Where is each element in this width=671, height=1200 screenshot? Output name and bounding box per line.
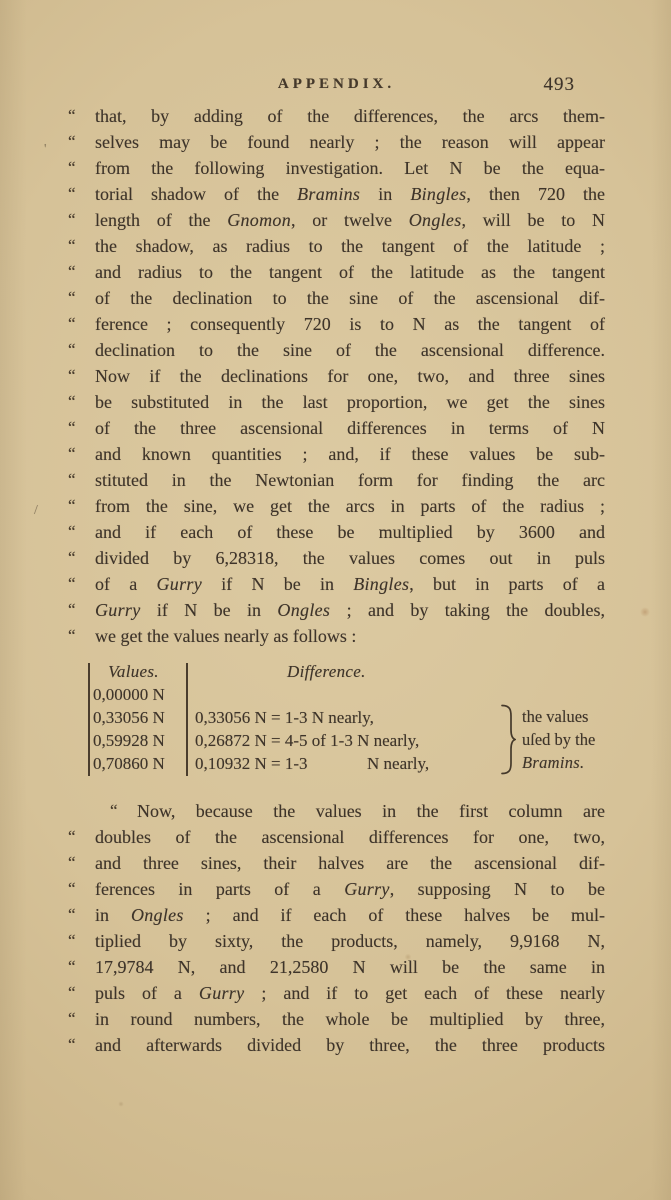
curly-brace-glyph [500,704,516,775]
line-text: doubles of the ascensional differences f… [95,824,605,850]
difference-cell: 0,33056 N = 1-3 N nearly, [195,706,497,729]
value-cell: 0,00000 N [93,683,182,706]
text-line: “that, by adding of the differences, the… [68,103,605,129]
text-line: “and three sines, their halves are the a… [68,850,605,876]
line-text: we get the values nearly as follows : [95,623,605,649]
brace-label: the values uſed by the Bramins. [522,705,617,774]
line-text: and known quantities ; and, if these val… [95,441,605,467]
paragraph-1: “that, by adding of the differences, the… [68,103,605,649]
line-text: in Ongles ; and if each of these halves … [95,902,605,928]
line-text: declination to the sine of the ascension… [95,337,605,363]
text-line: “ference ; consequently 720 is to N as t… [68,311,605,337]
text-line: “and known quantities ; and, if these va… [68,441,605,467]
quote-mark: “ [68,1006,95,1032]
quote-mark: “ [68,363,95,389]
value-cell: 0,70860 N [93,752,182,775]
quote-mark: “ [68,1032,95,1058]
quote-mark: “ [68,623,95,649]
difference-cell: 0,10932 N = 1-3 N nearly, [195,752,497,775]
quote-mark: “ [68,207,95,233]
line-text: Gurry if N be in Ongles ; and by taking … [95,597,605,623]
line-text: of a Gurry if N be in Bingles, but in pa… [95,571,605,597]
text-line: “of the three ascensional differences in… [68,415,605,441]
values-difference-table: Values. 0,00000 N 0,33056 N 0,59928 N 0,… [88,660,618,776]
line-text: of the declination to the sine of the as… [95,285,605,311]
line-text: stituted in the Newtonian form for findi… [95,467,605,493]
text-line: “stituted in the Newtonian form for find… [68,467,605,493]
text-line: “and afterwards divided by three, the th… [68,1032,605,1058]
quote-mark: “ [68,876,95,902]
quote-mark: “ [68,571,95,597]
text-line: “puls of a Gurry ; and if to get each of… [68,980,605,1006]
quote-mark: “ [68,850,95,876]
text-line: “and radius to the tangent of the latitu… [68,259,605,285]
difference-cell: 0,26872 N = 4-5 of 1-3 N nearly, [195,729,497,752]
quote-mark: “ [68,441,95,467]
line-text: torial shadow of the Bramins in Bingles,… [95,181,605,207]
line-text: and radius to the tangent of the latitud… [95,259,605,285]
brace-label-line: Bramins. [522,751,617,774]
running-head: APPENDIX. [68,76,605,93]
quote-mark: “ [68,928,95,954]
line-text: divided by 6,28318, the values comes out… [95,545,605,571]
page-header: APPENDIX. 493 [68,76,605,102]
line-text: 17,9784 N, and 21,2580 N will be the sam… [95,954,605,980]
brace-label-line: uſed by the [522,728,617,751]
line-text: of the three ascensional differences in … [95,415,605,441]
text-line: “ferences in parts of a Gurry, supposing… [68,876,605,902]
line-text: the shadow, as radius to the tangent of … [95,233,605,259]
line-text: in round numbers, the whole be multiplie… [95,1006,605,1032]
line-text: that, by adding of the differences, the … [95,103,605,129]
line-text: ference ; consequently 720 is to N as th… [95,311,605,337]
quote-mark: “ [68,980,95,1006]
quote-mark: “ [68,493,95,519]
quote-mark: “ [68,902,95,928]
quote-mark: “ [68,311,95,337]
line-text: and if each of these be multiplied by 36… [95,519,605,545]
quote-mark: “ [68,545,95,571]
line-text: tiplied by sixty, the products, namely, … [95,928,605,954]
text-line: “declination to the sine of the ascensio… [68,337,605,363]
line-text: from the following investigation. Let N … [95,155,605,181]
line-text: Now, because the values in the first col… [137,798,605,824]
value-cell: 0,33056 N [93,706,182,729]
text-line: “we get the values nearly as follows : [68,623,605,649]
text-line: “be substituted in the last proportion, … [68,389,605,415]
text-line: “from the following investigation. Let N… [68,155,605,181]
text-line: “torial shadow of the Bramins in Bingles… [68,181,605,207]
line-text: length of the Gnomon, or twelve Ongles, … [95,207,605,233]
scan-artifact: / [34,503,38,519]
value-cell: 0,59928 N [93,729,182,752]
line-text: Now if the declinations for one, two, an… [95,363,605,389]
text-line: “the shadow, as radius to the tangent of… [68,233,605,259]
line-text: from the sine, we get the arcs in parts … [95,493,605,519]
quote-mark: “ [68,824,95,850]
text-line: “doubles of the ascensional differences … [68,824,605,850]
book-page: APPENDIX. 493 “that, by adding of the di… [0,0,671,1200]
quote-mark: “ [68,285,95,311]
text-line: “in round numbers, the whole be multipli… [68,1006,605,1032]
scan-artifact: ' [44,142,47,158]
text-line: “in Ongles ; and if each of these halves… [68,902,605,928]
page-number: 493 [544,74,576,96]
text-line: “Now if the declinations for one, two, a… [68,363,605,389]
line-text: and three sines, their halves are the as… [95,850,605,876]
quote-mark: “ [68,233,95,259]
table-rule-left [88,663,90,776]
text-line: “from the sine, we get the arcs in parts… [68,493,605,519]
quote-mark: “ [68,597,95,623]
quote-mark: “ [68,259,95,285]
quote-mark: “ [68,181,95,207]
brace-label-line: the values [522,705,617,728]
text-line: “17,9784 N, and 21,2580 N will be the sa… [68,954,605,980]
text-line: “of a Gurry if N be in Bingles, but in p… [68,571,605,597]
table-rule-middle [186,663,188,776]
text-line: “of the declination to the sine of the a… [68,285,605,311]
paragraph-2: “Now, because the values in the first co… [68,798,605,1058]
text-line: “Now, because the values in the first co… [68,798,605,824]
values-header: Values. [93,660,182,683]
line-text: ferences in parts of a Gurry, supposing … [95,876,605,902]
difference-blank-row [195,683,497,706]
quote-mark: “ [68,155,95,181]
difference-header: Difference. [195,660,497,683]
line-text: puls of a Gurry ; and if to get each of … [95,980,605,1006]
quote-mark: “ [110,798,137,824]
difference-column: Difference. 0,33056 N = 1-3 N nearly, 0,… [195,660,497,775]
text-line: “divided by 6,28318, the values comes ou… [68,545,605,571]
line-text: be substituted in the last proportion, w… [95,389,605,415]
quote-mark: “ [68,103,95,129]
text-line: “and if each of these be multiplied by 3… [68,519,605,545]
quote-mark: “ [68,954,95,980]
text-line: “selves may be found nearly ; the reason… [68,129,605,155]
quote-mark: “ [68,337,95,363]
text-line: “tiplied by sixty, the products, namely,… [68,928,605,954]
line-text: and afterwards divided by three, the thr… [95,1032,605,1058]
quote-mark: “ [68,389,95,415]
quote-mark: “ [68,415,95,441]
quote-mark: “ [68,467,95,493]
values-column: Values. 0,00000 N 0,33056 N 0,59928 N 0,… [93,660,182,775]
text-line: “length of the Gnomon, or twelve Ongles,… [68,207,605,233]
right-brace [500,704,516,775]
quote-mark: “ [68,519,95,545]
quote-mark: “ [68,129,95,155]
text-line: “Gurry if N be in Ongles ; and by taking… [68,597,605,623]
line-text: selves may be found nearly ; the reason … [95,129,605,155]
